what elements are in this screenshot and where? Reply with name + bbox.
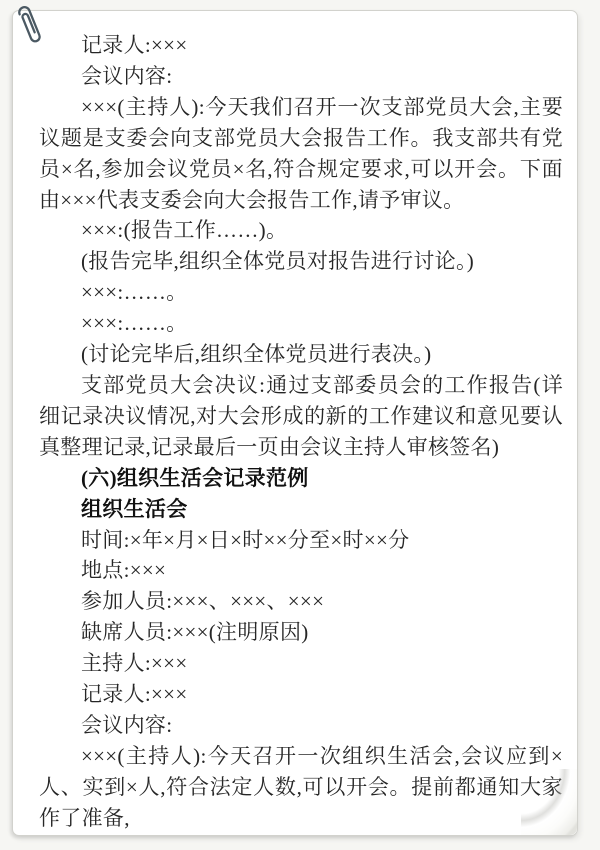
paragraph: 地点:××× [39, 555, 563, 586]
paragraph: ×××(主持人):今天召开一次组织生活会,会议应到×人、实到×人,符合法定人数,… [39, 741, 563, 834]
section-heading: (六)组织生活会记录范例 [39, 463, 563, 494]
subsection-title: 组织生活会 [39, 494, 563, 525]
document-photo: 记录人:××× 会议内容: ×××(主持人):今天我们召开一次支部党员大会,主要… [0, 0, 600, 850]
paragraph: (报告完毕,组织全体党员对报告进行讨论。) [39, 246, 563, 277]
paragraph: 参加人员:×××、×××、××× [39, 586, 563, 617]
paragraph: 记录人:××× [39, 30, 563, 61]
paragraph: ×××:……。 [39, 277, 563, 308]
paragraph: ×××:(报告工作……)。 [39, 215, 563, 246]
paragraph: ×××:……。 [39, 308, 563, 339]
page-curl [521, 769, 577, 835]
paragraph: 时间:×年×月×日×时××分至×时××分 [39, 525, 563, 556]
paragraph: 记录人:××× [39, 679, 563, 710]
paragraph: (讨论完毕后,组织全体党员进行表决。) [39, 339, 563, 370]
paragraph: 会议内容: [39, 710, 563, 741]
paragraph: 主持人:××× [39, 648, 563, 679]
document-body: 记录人:××× 会议内容: ×××(主持人):今天我们召开一次支部党员大会,主要… [39, 30, 563, 834]
paragraph: 会议内容: [39, 61, 563, 92]
paper-sheet: 记录人:××× 会议内容: ×××(主持人):今天我们召开一次支部党员大会,主要… [12, 10, 578, 836]
paragraph: 缺席人员:×××(注明原因) [39, 617, 563, 648]
paragraph: ×××(主持人):今天我们召开一次支部党员大会,主要议题是支委会向支部党员大会报… [39, 92, 563, 216]
paragraph: 支部党员大会决议:通过支部委员会的工作报告(详细记录决议情况,对大会形成的新的工… [39, 370, 563, 463]
